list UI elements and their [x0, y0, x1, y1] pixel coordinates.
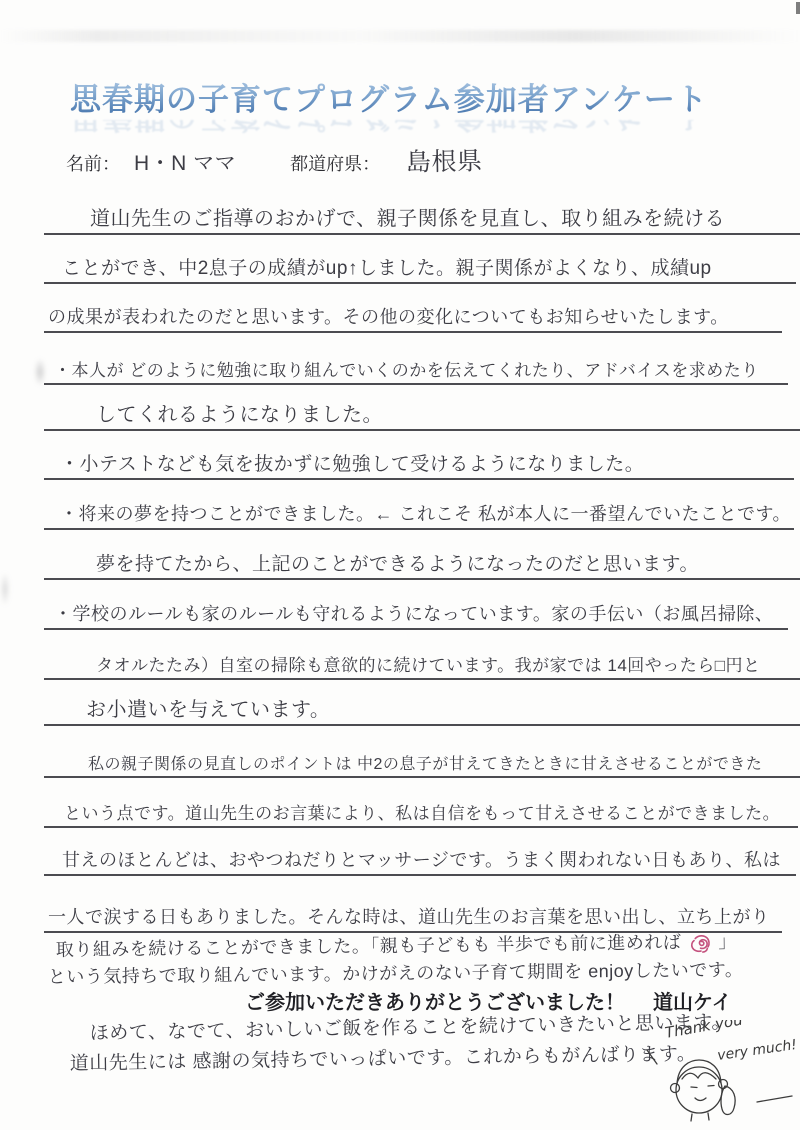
handwritten-bullet-4-line-1: ・学校のルールも家のルールも守れるようになっています。家の手伝い（お風呂掃除、: [44, 586, 788, 630]
doodle-ear-left: [671, 1084, 680, 1093]
prefecture-value: 島根県: [406, 141, 483, 178]
doodle-bangs: [682, 1073, 716, 1079]
line-text: 道山先生のご指導のおかげで、親子関係を見直し、取り組みを続ける: [90, 202, 725, 231]
line-text: という点です。道山先生のお言葉により、私は自信をもって甘えさせることができました…: [64, 799, 780, 824]
line-text: ・将来の夢を持つことができました。← これこそ 私が本人に一番望んでいたことです…: [60, 500, 791, 526]
handwritten-line-intro-1: 道山先生のご指導のおかげで、親子関係を見直し、取り組みを続ける: [44, 191, 800, 235]
doodle-text-thank-you: Thank you: [664, 1020, 744, 1042]
page-title: 思春期の子育てプログラム参加者アンケート: [70, 74, 760, 119]
line-text: 甘えのほとんどは、おやつねだりとマッサージです。うまく関われない日もあり、私は: [62, 846, 781, 872]
line-text: お小遣いを与えています。: [86, 693, 330, 722]
line-text: ・本人が どのように勉強に取り組んでいくのかを伝えてくれたり、アドバイスを求めた…: [54, 356, 759, 381]
line-text: 道山先生には 感謝の気持ちでいっぱいです。これからもがんばります。: [70, 1039, 697, 1076]
doodle-eye-left: [691, 1087, 697, 1088]
handwritten-bullet-4-line-2: タオルたたみ）自室の掃除も意欲的に続けています。我が家では 14回やったら□円と: [44, 636, 800, 680]
prefecture-label: 都道府県：: [290, 150, 380, 176]
name-label: 名前：: [66, 150, 120, 176]
handwritten-line-intro-3: の成果が表われたのだと思います。その他の変化についてもお知らせいたします。: [44, 289, 782, 333]
line-text: ・小テストなども気を抜かずに勉強して受けるようになりました。: [60, 449, 644, 476]
doodle-smile: [695, 1098, 706, 1101]
handwritten-bullet-2: ・小テストなども気を抜かずに勉強して受けるようになりました。: [44, 436, 794, 480]
respondent-info-row: 名前： H・N ママ 都道府県： 島根県: [66, 142, 483, 178]
line-text: の成果が表われたのだと思います。その他の変化についてもお知らせいたします。: [48, 303, 729, 329]
line-text: 私の親子関係の見直しのポイントは 中2の息子が甘えてきたときに甘えさせることがで…: [88, 751, 762, 774]
title-reflection: 思春期の子育てプログラム参加者アンケート: [70, 120, 760, 142]
doodle-neck-right: [708, 1113, 709, 1120]
handwritten-reflection-line-6: という気持ちで取り組んでいます。かけがえのない子育て期間を enjoyしたいです…: [44, 947, 782, 991]
scan-artifact-smudge: [0, 572, 10, 606]
handwritten-reflection-line-2: という点です。道山先生のお言葉により、私は自信をもって甘えさせることができました…: [44, 784, 798, 828]
line-text: ・学校のルールも家のルールも守れるようになっています。家の手伝い（お風呂掃除、: [54, 600, 773, 626]
doodle-stroke: [647, 1050, 657, 1064]
handwritten-reflection-line-1: 私の親子関係の見直しのポイントは 中2の息子が甘えてきたときに甘えさせることがで…: [44, 734, 800, 778]
scanned-survey-page: 思春期の子育てプログラム参加者アンケート 思春期の子育てプログラム参加者アンケー…: [0, 0, 800, 1130]
handwritten-bullet-4-line-3: お小遣いを与えています。: [44, 682, 800, 726]
doodle-ear-right: [719, 1080, 728, 1089]
handwritten-bullet-1-line-1: ・本人が どのように勉強に取り組んでいくのかを伝えてくれたり、アドバイスを求めた…: [44, 341, 788, 385]
handwritten-bullet-3-line-1: ・将来の夢を持つことができました。← これこそ 私が本人に一番望んでいたことです…: [44, 486, 794, 530]
doodle-hair: [677, 1060, 721, 1084]
scan-artifact-band: [0, 30, 800, 42]
handwritten-line-intro-2: ことができ、中2息子の成績がup↑しました。親子関係がよくなり、成績up: [44, 240, 796, 284]
line-text: してくれるようになりました。: [96, 398, 383, 427]
doodle-dash: [757, 1096, 792, 1102]
name-value: H・N ママ: [134, 147, 236, 177]
line-text: 夢を持てたから、上記のことができるようになったのだと思います。: [96, 549, 699, 576]
line-text: という気持ちで取り組んでいます。かけがえのない子育て期間を enjoyしたいです…: [48, 956, 744, 989]
doodle-eye-right: [708, 1086, 714, 1087]
doodle-face: [676, 1067, 722, 1113]
doodle-ponytail: [721, 1086, 735, 1115]
line-text: ことができ、中2息子の成績がup↑しました。親子関係がよくなり、成績up: [62, 253, 712, 280]
document-title-block: 思春期の子育てプログラム参加者アンケート 思春期の子育てプログラム参加者アンケー…: [70, 74, 760, 142]
handwritten-reflection-line-3: 甘えのほとんどは、おやつねだりとマッサージです。うまく関われない日もあり、私は: [44, 832, 796, 876]
doodle-text-very-much: very much!: [716, 1037, 798, 1064]
handwritten-bullet-3-line-2: 夢を持てたから、上記のことができるようになったのだと思います。: [44, 536, 800, 580]
handwritten-bullet-1-line-2: してくれるようになりました。: [44, 387, 800, 431]
thank-you-face-doodle: Thank you very much!: [642, 1020, 798, 1128]
scan-artifact-speck: [796, 2, 800, 14]
line-text: タオルたたみ）自室の掃除も意欲的に続けています。我が家では 14回やったら□円と: [96, 651, 761, 676]
doodle-neck-left: [691, 1114, 692, 1121]
